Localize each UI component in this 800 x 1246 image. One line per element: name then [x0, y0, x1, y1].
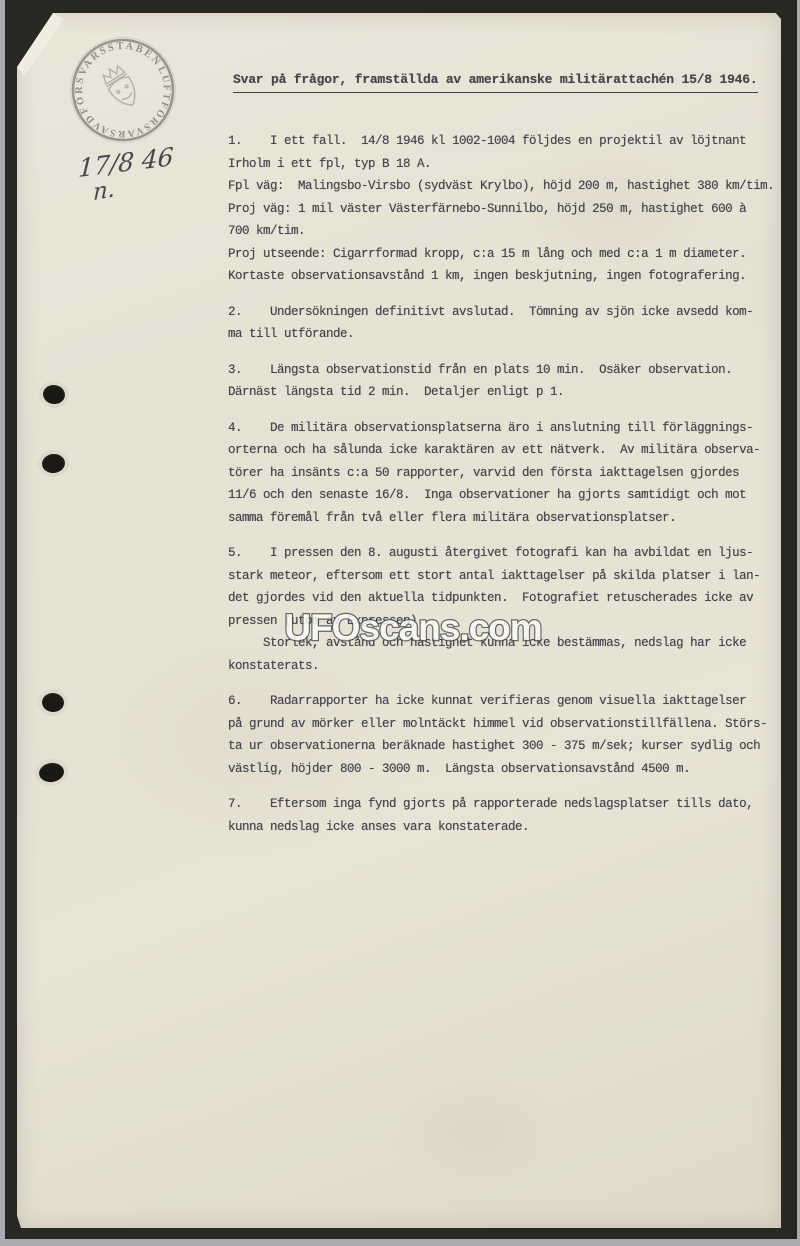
handwritten-initial: n.: [93, 176, 116, 206]
watermark: UFOscans.com: [283, 601, 543, 655]
typed-paragraph-1: 1. I ett fall. 14/8 1946 kl 1002-1004 fö…: [228, 130, 794, 288]
typed-paragraph-7: 7. Eftersom inga fynd gjorts på rapporte…: [228, 793, 794, 838]
typed-paragraph-2: 2. Undersökningen definitivt avslutad. T…: [228, 301, 794, 346]
crown-crest-icon: [99, 62, 143, 111]
svg-text:LUFTFÖRSVARSAVD: LUFTFÖRSVARSAVD: [82, 64, 191, 158]
watermark-text: UFOscans.com: [284, 607, 541, 648]
document-title: Svar på frågor, framställda av amerikans…: [233, 71, 758, 93]
punch-hole: [38, 761, 65, 783]
typed-paragraph-3: 3. Längsta observationstid från en plats…: [228, 359, 794, 404]
punch-hole: [41, 453, 66, 474]
stamp-arc-bottom-text: LUFTFÖRSVARSAVD: [82, 64, 191, 158]
typed-paragraph-6: 6. Radarrapporter ha icke kunnat verifie…: [228, 690, 794, 780]
scanned-document: FÖRSVARSSTABEN LUFTFÖRSVARSAVD 17/8 46 n…: [0, 0, 800, 1246]
document-page: FÖRSVARSSTABEN LUFTFÖRSVARSAVD 17/8 46 n…: [17, 13, 781, 1228]
punch-hole: [41, 692, 64, 712]
typed-paragraph-4: 4. De militära observationsplatserna äro…: [228, 417, 794, 530]
punch-hole: [42, 384, 66, 406]
document-body: 1. I ett fall. 14/8 1946 kl 1002-1004 fö…: [228, 130, 794, 838]
